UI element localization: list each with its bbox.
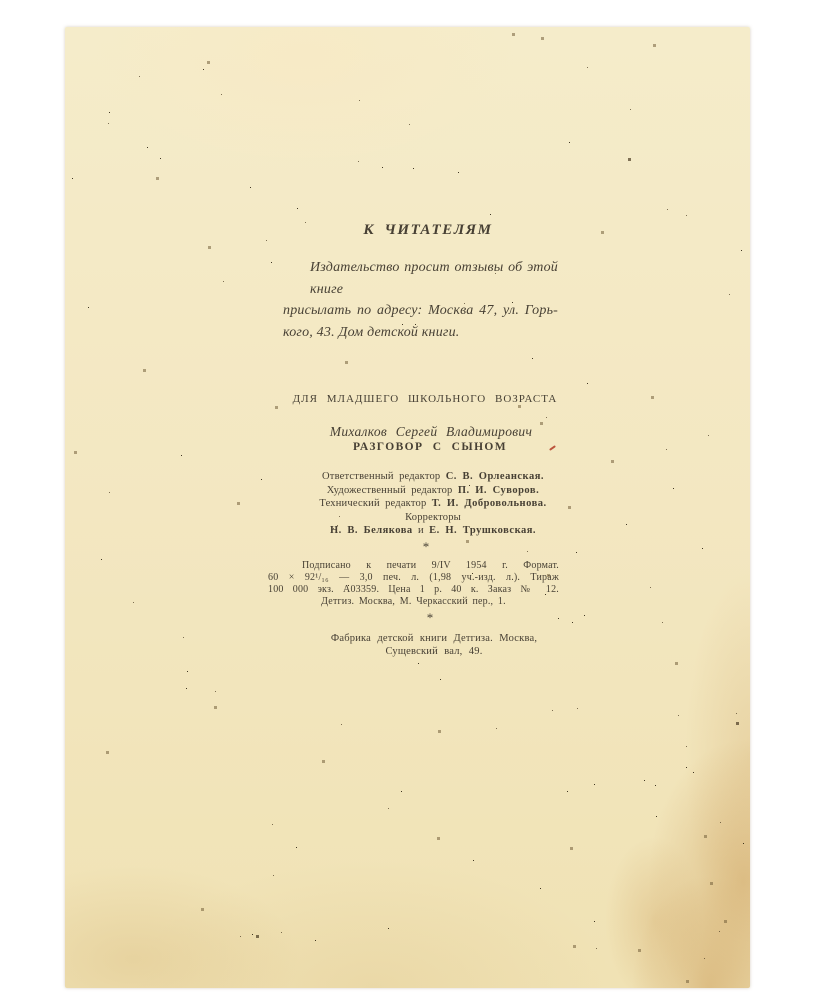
editor-line-technical: Технический редактор Т. И. Добровольнова… [319,497,546,511]
printer-line-2: Сущевский вал, 49. [331,646,537,659]
book-title: РАЗГОВОР С СЫНОМ [353,441,507,453]
paper-speckles [65,27,66,28]
corrector-name: Н. В. Белякова [330,525,413,536]
editor-role: Ответственный редактор [322,471,440,482]
editor-line-responsible: Ответственный редактор С. В. Орлеанская. [319,470,546,484]
editor-line-art: Художественный редактор П. И. Суворов. [319,484,546,498]
imprint-line-2: 60 × 92¹/₁₆ — 3,0 печ. л. (1,98 уч.-изд.… [268,572,559,584]
to-readers-heading: К ЧИТАТЕЛЯМ [363,222,492,239]
notice-line-1: Издательство просит отзывы об этой книге [310,257,558,300]
separator-star-1: * [423,539,430,554]
conjunction: и [418,525,424,536]
imprint-line-3: 100 000 экз. А03359. Цена 1 р. 40 к. Зак… [268,584,559,596]
printer-block: Фабрика детской книги Детгиза. Москва, С… [331,633,537,658]
separator-star-2: * [427,610,434,625]
printer-line-1: Фабрика детской книги Детгиза. Москва, [331,633,537,646]
editor-role: Технический редактор [319,498,426,509]
notice-line-3: кого, 43. Дом детской книги. [283,322,558,344]
book-page: К ЧИТАТЕЛЯМ Издательство просит отзывы о… [65,27,750,988]
imprint-line-1: Подписано к печати 9/IV 1954 г. Формат. [302,560,559,572]
corrector-name: Е. Н. Трушковская. [429,525,536,536]
red-ink-speck [549,445,556,451]
editor-name: С. В. Орлеанская. [446,471,544,482]
publisher-notice: Издательство просит отзывы об этой книге… [283,257,558,343]
imprint-line-4: Детгиз. Москва, М. Черкасский пер., 1. [268,596,559,608]
imprint-block: Подписано к печати 9/IV 1954 г. Формат. … [268,560,559,608]
editor-role: Художественный редактор [327,485,453,496]
correctors-label: Корректоры [319,511,546,525]
staff-block: Ответственный редактор С. В. Орлеанская.… [319,470,546,538]
editor-name: Т. И. Добровольнова. [432,498,547,509]
audience-label: ДЛЯ МЛАДШЕГО ШКОЛЬНОГО ВОЗРАСТА [293,393,558,405]
correctors-line: Н. В. Белякова и Е. Н. Трушковская. [319,524,546,538]
editor-name: П. И. Суворов. [458,485,539,496]
notice-line-2: присылать по адресу: Москва 47, ул. Горь… [283,300,558,322]
author-name: Михалков Сергей Владимирович [330,424,532,440]
